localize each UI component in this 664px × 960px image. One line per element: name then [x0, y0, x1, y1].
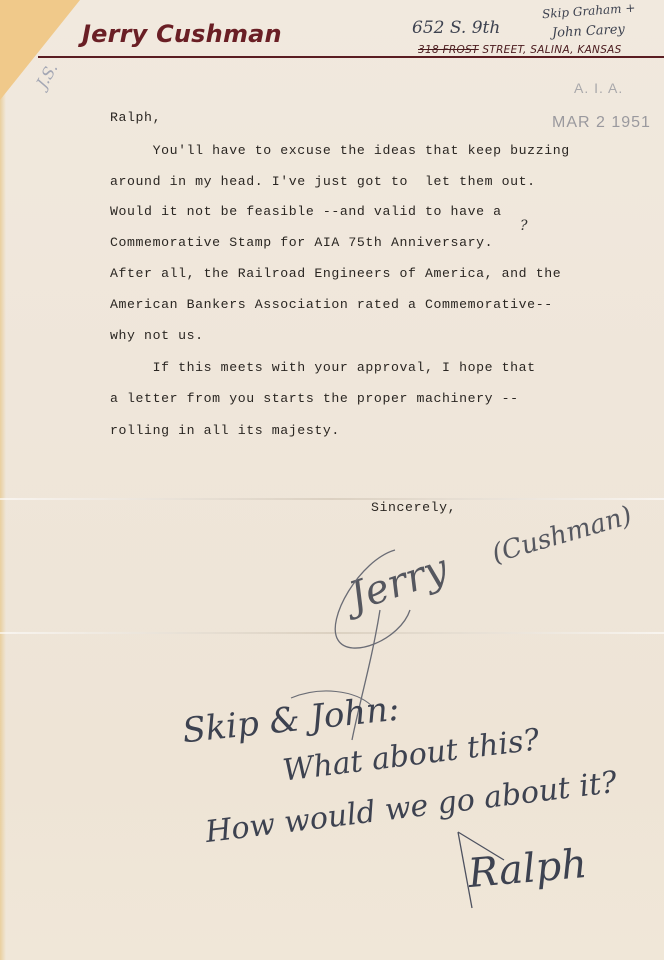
- letter-page: Jerry Cushman 318 FROST STREET, SALINA, …: [0, 0, 664, 960]
